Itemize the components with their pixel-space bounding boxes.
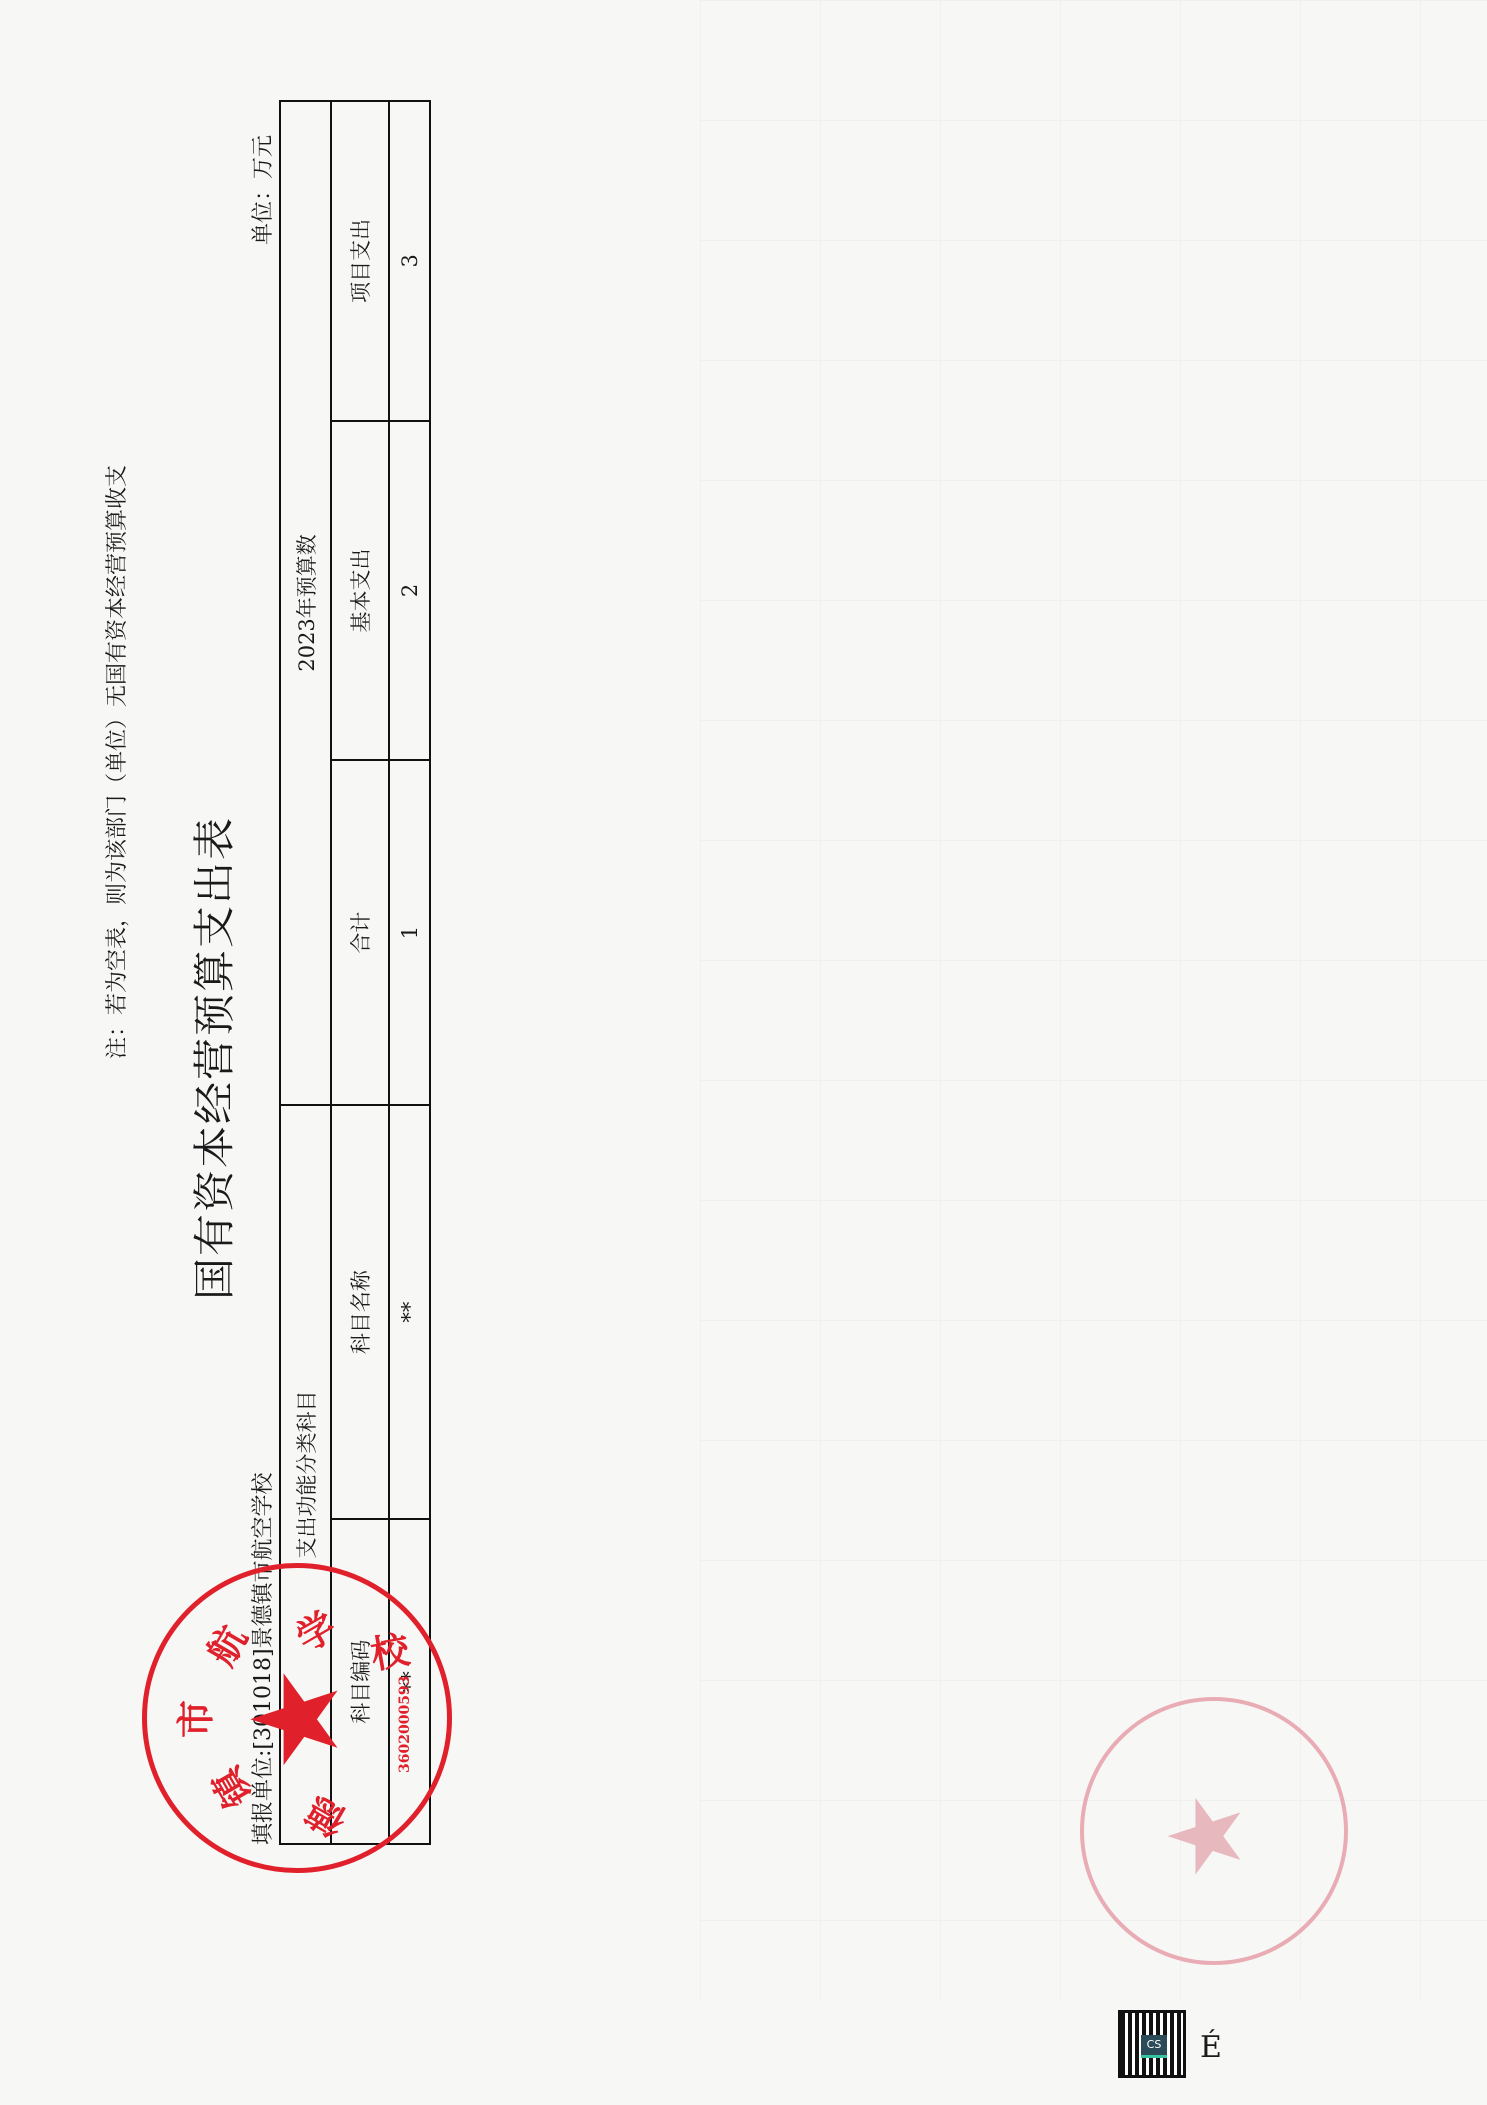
col-basic: 基本支出 (331, 421, 389, 761)
cell-col-number-3: 3 (389, 101, 430, 421)
seal-char: 市 (165, 1700, 220, 1738)
seal-star-icon: ★ (237, 1665, 357, 1773)
faded-seal-star-icon: ★ (1156, 1791, 1256, 1881)
col-name: 科目名称 (331, 1105, 389, 1520)
qr-code: CS (1118, 2010, 1186, 2078)
empty-table-note: 注：若为空表，则为该部门（单位）无国有资本经营预算收支 (100, 465, 131, 1965)
seal-char: 校 (366, 1619, 413, 1680)
faded-seal: ★ (1080, 1697, 1348, 1965)
table-row: ** ** 1 2 3 (389, 101, 430, 1844)
col-project: 项目支出 (331, 101, 389, 421)
official-seal: ★ 德 镇 市 航 学 校 3602000593 (142, 1563, 452, 1873)
seal-char: 德 (294, 1786, 354, 1853)
header-budget-year: 2023年预算数 (280, 101, 331, 1105)
currency-unit: 单位：万元 (246, 135, 277, 245)
cell-col-number-1: 1 (389, 760, 430, 1105)
seal-serial: 3602000593 (397, 1676, 413, 1773)
footer-glyph: É (1200, 2030, 1222, 2065)
cell-col-number-2: 2 (389, 421, 430, 761)
scanner-badge: CS (1141, 2035, 1167, 2058)
cell-name: ** (389, 1105, 430, 1520)
seal-char: 学 (284, 1596, 344, 1663)
rotated-sheet: 注：若为空表，则为该部门（单位）无国有资本经营预算收支 国有资本经营预算支出表 … (0, 0, 1487, 2105)
col-total: 合计 (331, 760, 389, 1105)
page-title: 国有资本经营预算支出表 (182, 816, 242, 1300)
